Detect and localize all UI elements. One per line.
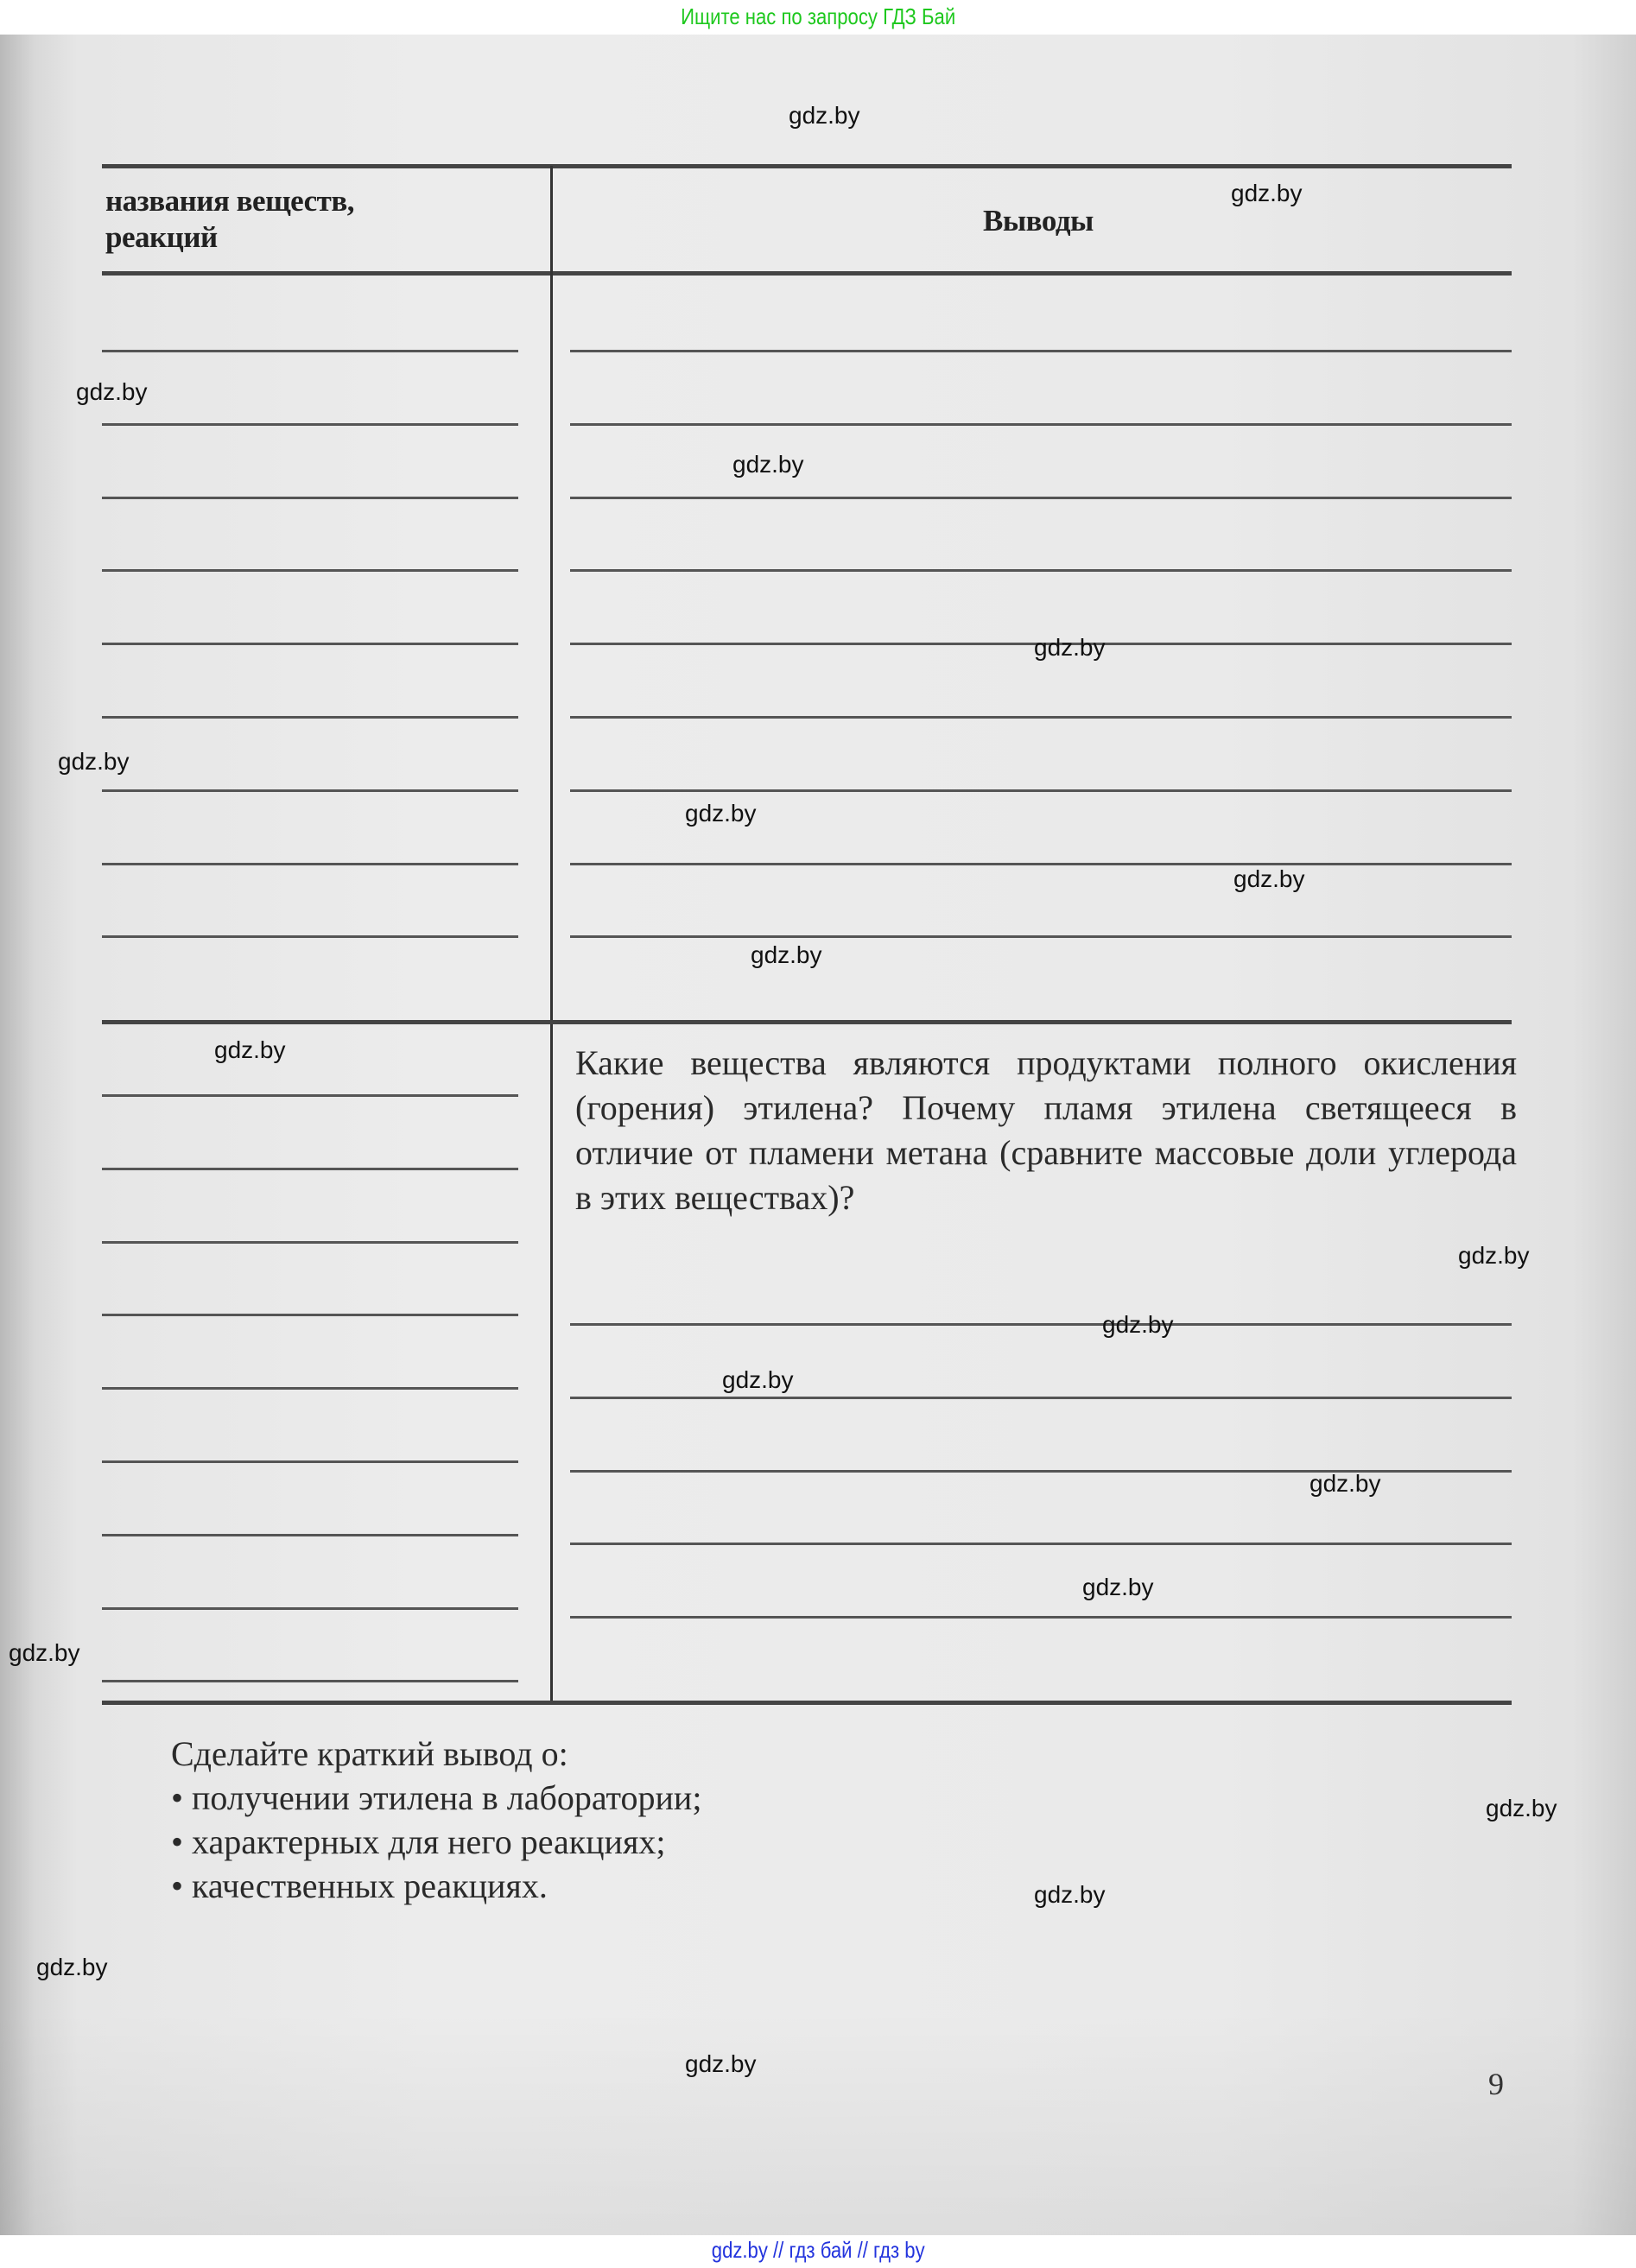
conclusion-prompt: Сделайте краткий вывод о: получении этил… bbox=[171, 1732, 701, 1908]
table-header-rule bbox=[102, 271, 1512, 276]
answer-line[interactable] bbox=[102, 1168, 518, 1170]
answer-line[interactable] bbox=[102, 643, 518, 645]
watermark: gdz.by bbox=[789, 102, 860, 130]
answer-line[interactable] bbox=[570, 350, 1512, 352]
bottom-banner-text: gdz.by // гдз бай // гдз by bbox=[712, 2237, 925, 2264]
answer-line[interactable] bbox=[570, 863, 1512, 865]
bottom-banner: gdz.by // гдз бай // гдз by bbox=[0, 2235, 1636, 2268]
watermark: gdz.by bbox=[751, 941, 822, 969]
conclusion-item: характерных для него реакциях; bbox=[171, 1820, 701, 1864]
answer-line[interactable] bbox=[102, 1314, 518, 1316]
watermark: gdz.by bbox=[9, 1639, 80, 1667]
answer-line[interactable] bbox=[102, 1460, 518, 1463]
table-bottom-rule bbox=[102, 1701, 1512, 1705]
answer-line[interactable] bbox=[102, 350, 518, 352]
answer-line[interactable] bbox=[102, 497, 518, 499]
column-header-conclusions: Выводы bbox=[983, 203, 1094, 239]
answer-line[interactable] bbox=[102, 1387, 518, 1390]
watermark: gdz.by bbox=[36, 1954, 108, 1981]
watermark: gdz.by bbox=[1231, 180, 1303, 207]
answer-line[interactable] bbox=[570, 1543, 1512, 1545]
watermark: gdz.by bbox=[1034, 1881, 1106, 1909]
answer-line[interactable] bbox=[570, 497, 1512, 499]
watermark: gdz.by bbox=[685, 800, 757, 827]
top-banner: Ищите нас по запросу ГДЗ Бай bbox=[0, 0, 1636, 35]
watermark: gdz.by bbox=[1309, 1470, 1381, 1498]
header-left-line-2: реакций bbox=[105, 219, 354, 256]
answer-line[interactable] bbox=[570, 789, 1512, 792]
answer-line[interactable] bbox=[570, 935, 1512, 938]
conclusion-item: получении этилена в лаборатории; bbox=[171, 1776, 701, 1820]
watermark: gdz.by bbox=[685, 2050, 757, 2078]
answer-line[interactable] bbox=[102, 1607, 518, 1610]
conclusion-item: качественных реакциях. bbox=[171, 1864, 701, 1908]
watermark: gdz.by bbox=[214, 1036, 286, 1064]
watermark: gdz.by bbox=[1486, 1795, 1557, 1822]
answer-line[interactable] bbox=[570, 569, 1512, 572]
answer-line[interactable] bbox=[102, 789, 518, 792]
answer-line[interactable] bbox=[102, 569, 518, 572]
watermark: gdz.by bbox=[1102, 1311, 1174, 1339]
answer-line[interactable] bbox=[570, 1616, 1512, 1619]
conclusion-intro: Сделайте краткий вывод о: bbox=[171, 1732, 701, 1776]
watermark: gdz.by bbox=[1082, 1574, 1154, 1601]
answer-line[interactable] bbox=[102, 935, 518, 938]
watermark: gdz.by bbox=[1233, 865, 1305, 893]
watermark: gdz.by bbox=[58, 748, 130, 776]
table-top-rule bbox=[102, 164, 1512, 168]
column-header-substances: названия веществ, реакций bbox=[105, 183, 354, 256]
table-column-divider bbox=[550, 166, 553, 1705]
watermark: gdz.by bbox=[1458, 1242, 1530, 1270]
answer-line[interactable] bbox=[102, 1094, 518, 1097]
answer-line[interactable] bbox=[570, 716, 1512, 719]
answer-line[interactable] bbox=[102, 716, 518, 719]
answer-line[interactable] bbox=[570, 1323, 1512, 1326]
watermark: gdz.by bbox=[1034, 634, 1106, 662]
watermark: gdz.by bbox=[722, 1366, 794, 1394]
answer-line[interactable] bbox=[102, 1534, 518, 1536]
answer-line[interactable] bbox=[102, 1680, 518, 1682]
watermark: gdz.by bbox=[732, 451, 804, 478]
page-number: 9 bbox=[1488, 2066, 1504, 2102]
table-mid-rule bbox=[102, 1020, 1512, 1024]
question-text: Какие вещества являются продуктами полно… bbox=[575, 1041, 1517, 1220]
answer-line[interactable] bbox=[102, 1241, 518, 1244]
answer-line[interactable] bbox=[102, 423, 518, 426]
answer-line[interactable] bbox=[570, 1397, 1512, 1399]
answer-line[interactable] bbox=[570, 423, 1512, 426]
header-left-line-1: названия веществ, bbox=[105, 183, 354, 219]
watermark: gdz.by bbox=[76, 378, 148, 406]
answer-line[interactable] bbox=[102, 863, 518, 865]
top-banner-text: Ищите нас по запросу ГДЗ Бай bbox=[681, 3, 955, 30]
